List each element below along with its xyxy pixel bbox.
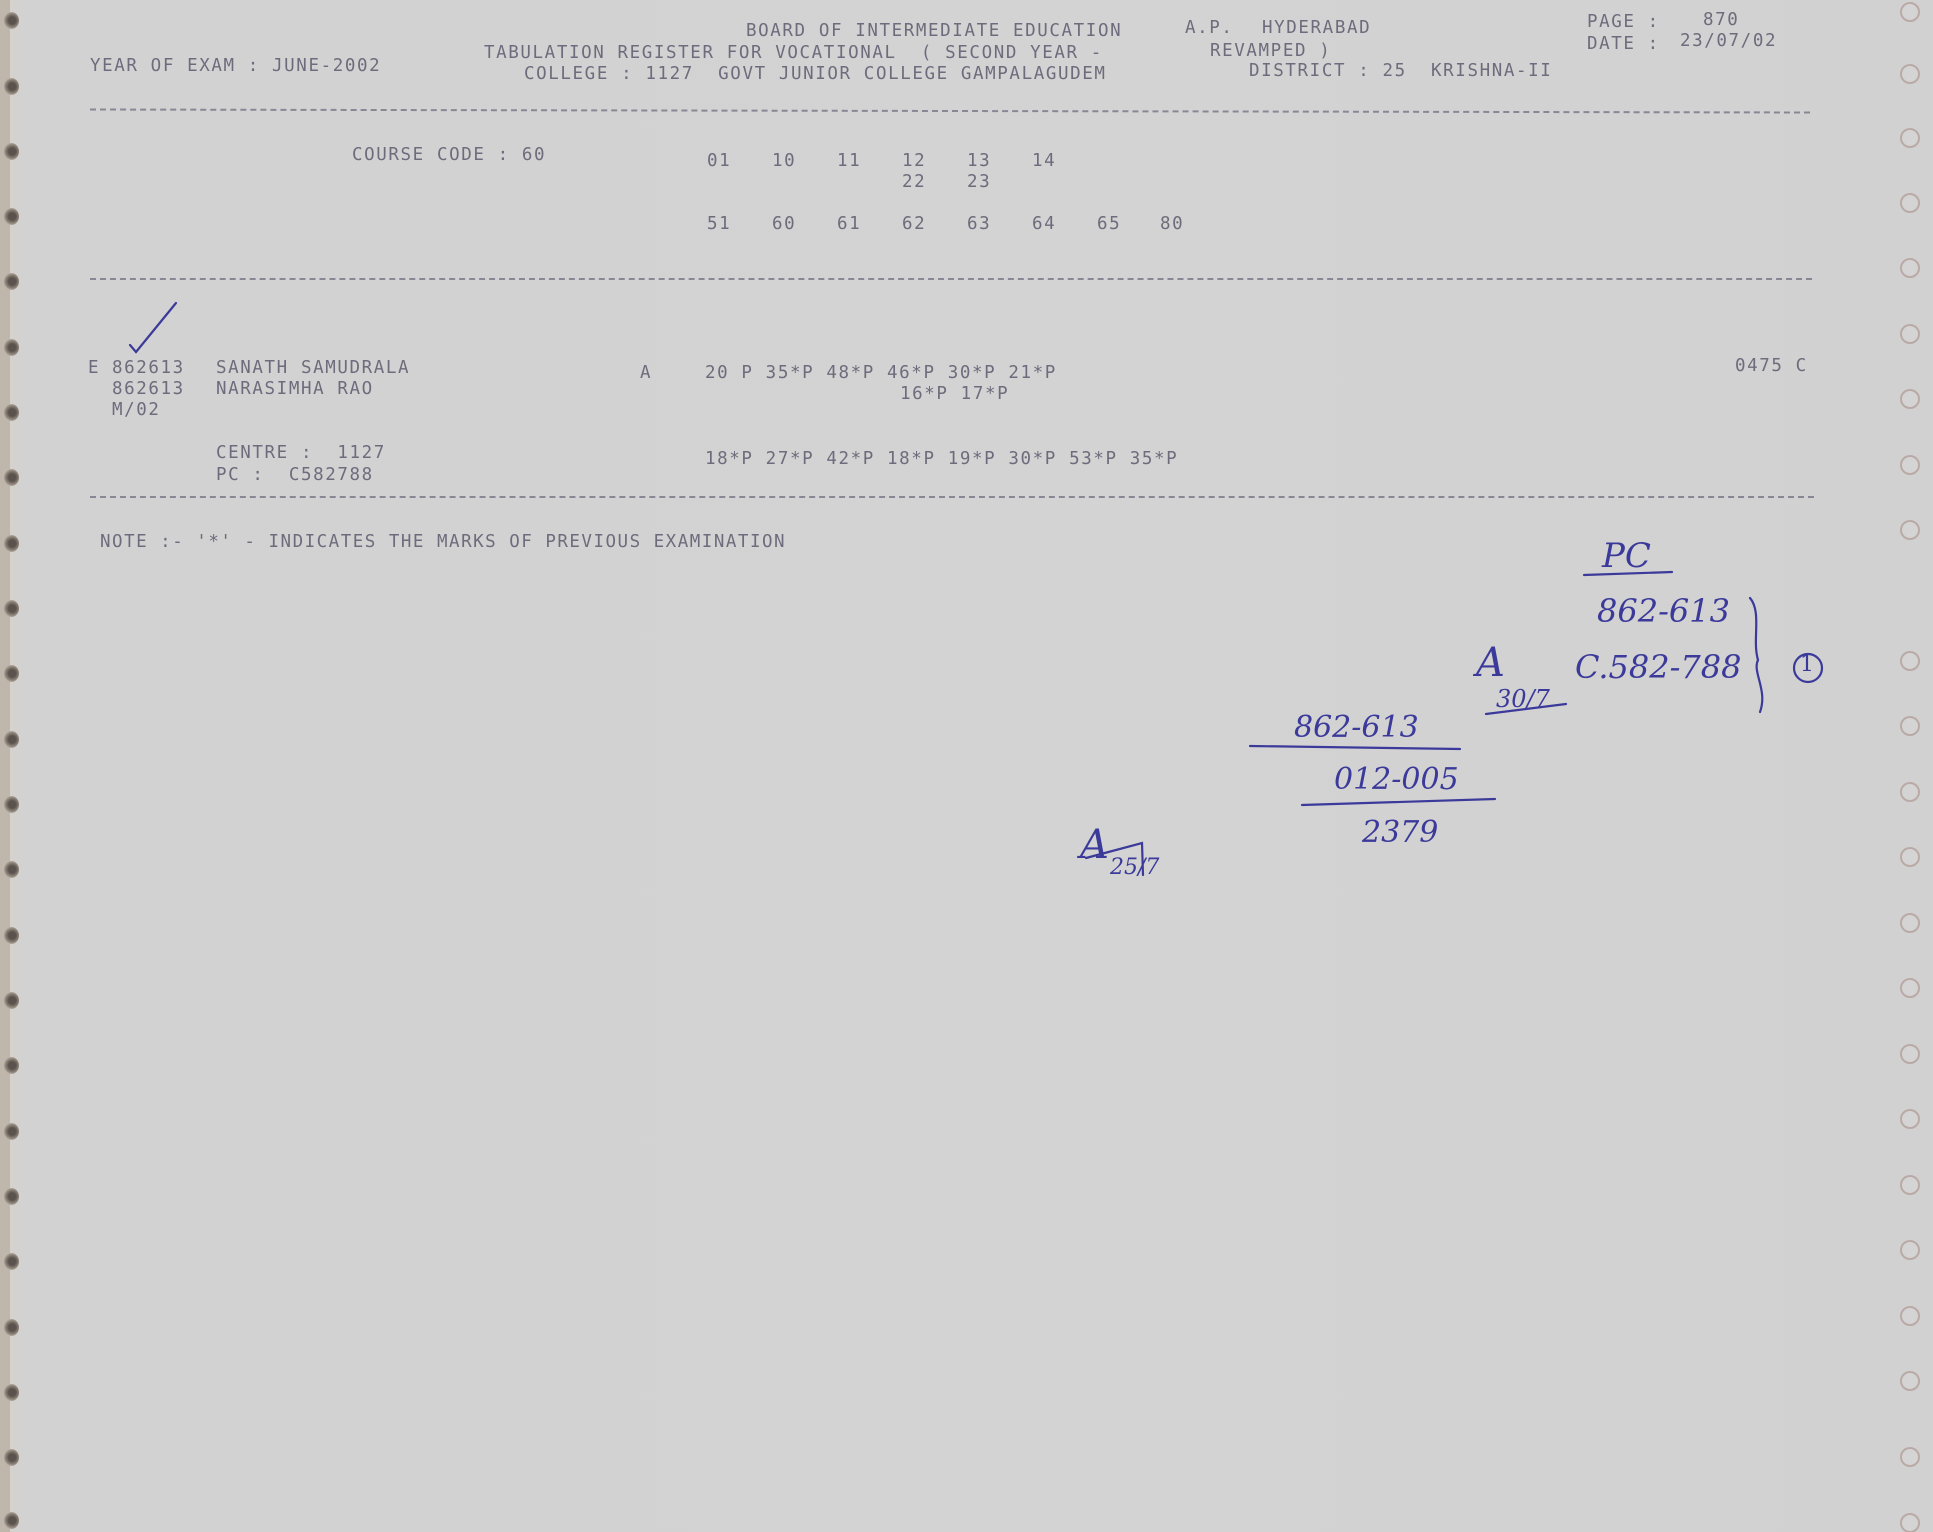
hw-initial-1: A	[1476, 640, 1505, 686]
hw-pc-code: C.582-788	[1575, 648, 1741, 686]
hw-initial-2-date: 25/7	[1110, 855, 1159, 880]
hw-pc-heading: PC	[1602, 536, 1651, 576]
hw-calc-result: 2379	[1362, 815, 1438, 850]
handwritten-strokes	[0, 0, 1933, 1532]
calc-line-2	[1302, 799, 1495, 805]
hw-calc-mid: 012-005	[1334, 762, 1459, 797]
brace-icon	[1750, 598, 1762, 712]
calc-line-1	[1250, 746, 1460, 749]
hw-circled-number: 1	[1800, 652, 1814, 677]
hw-initial-2: A	[1080, 822, 1109, 868]
checkmark-icon	[130, 303, 176, 352]
hw-initial-1-date: 30/7	[1496, 685, 1550, 713]
hw-pc-number: 862-613	[1597, 592, 1730, 630]
hw-calc-top: 862-613	[1294, 710, 1419, 745]
